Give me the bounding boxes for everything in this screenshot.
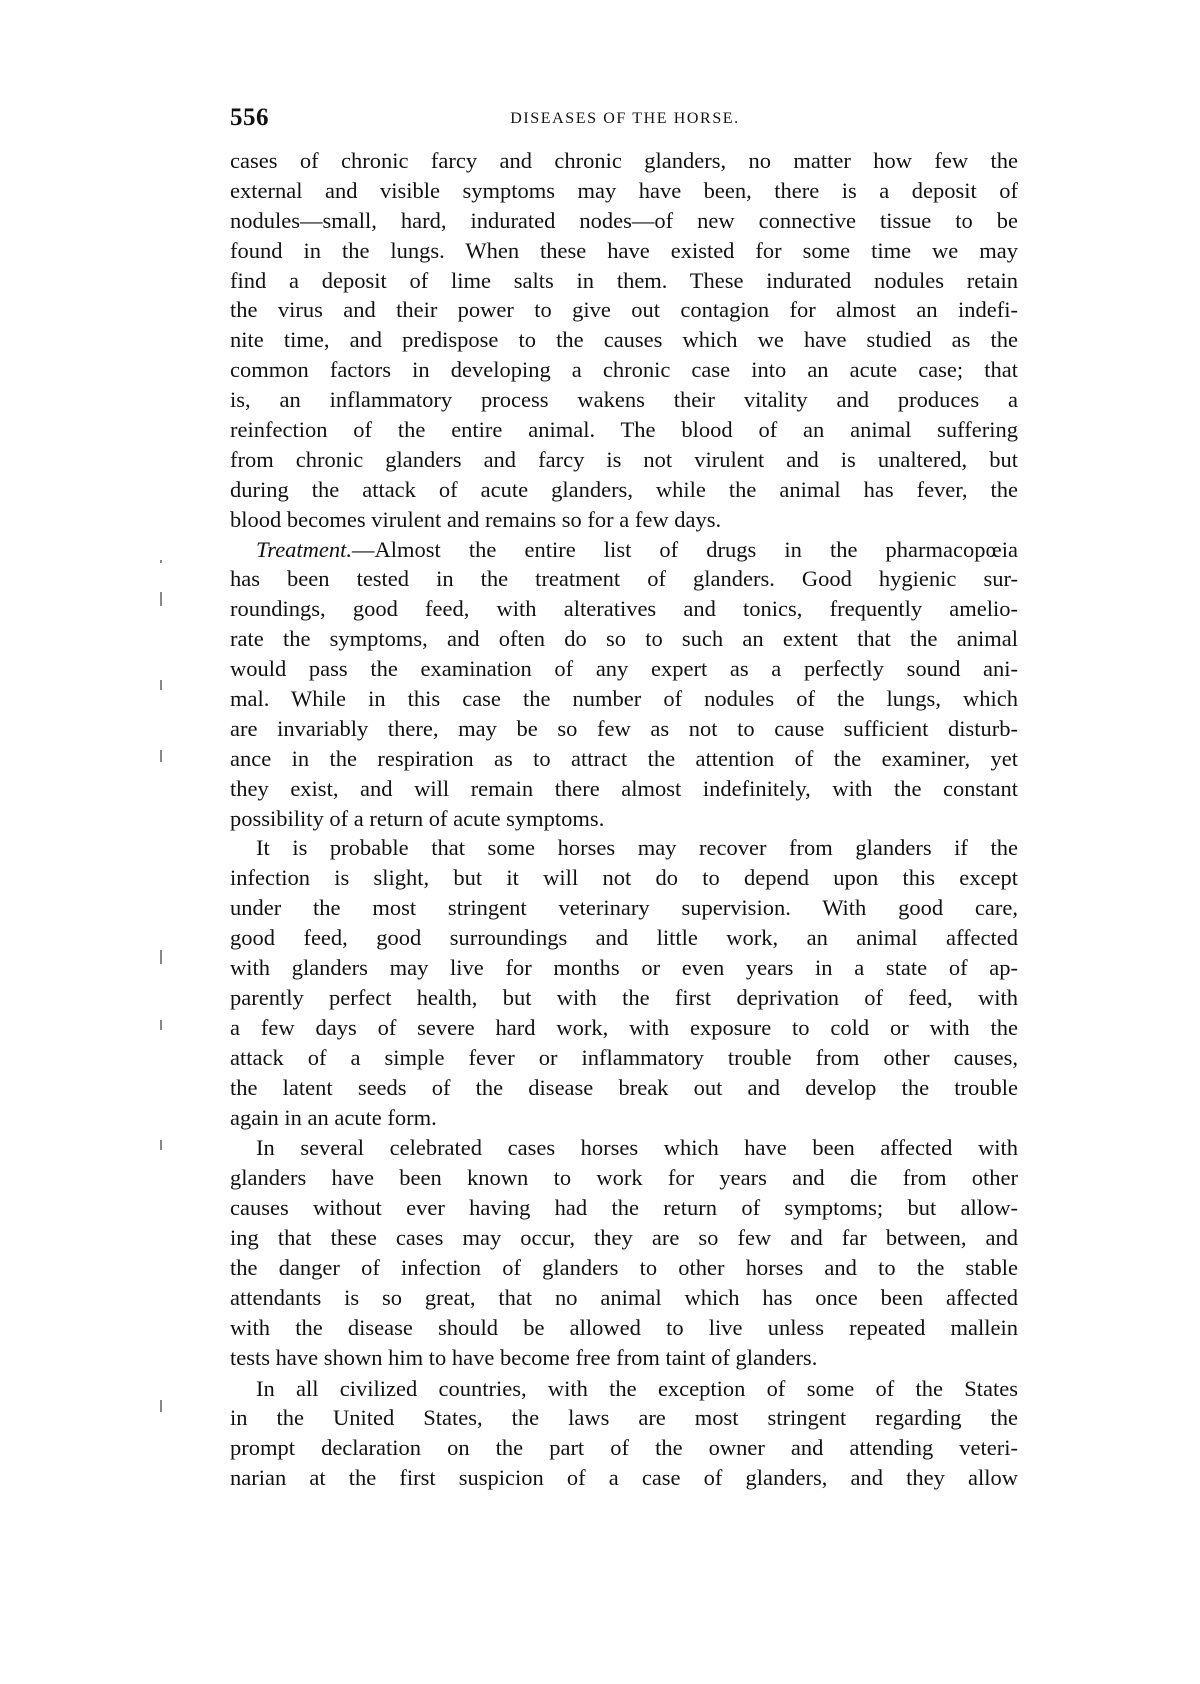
paragraph: In all civilized countries, with the exc… xyxy=(230,1374,1018,1494)
text-line: glanders have been known to work for yea… xyxy=(230,1163,1018,1193)
paragraph: In several celebrated cases horses which… xyxy=(230,1133,1018,1372)
text-line: a few days of severe hard work, with exp… xyxy=(230,1013,1018,1043)
scan-artifacts xyxy=(160,560,170,1560)
running-head-title: DISEASES OF THE HORSE. xyxy=(230,110,1020,128)
scan-speck xyxy=(160,1020,162,1030)
text-line: tests have shown him to have become free… xyxy=(230,1343,1018,1373)
text-line: during the attack of acute glanders, whi… xyxy=(230,475,1018,505)
text-line: again in an acute form. xyxy=(230,1103,1018,1133)
text-line: Treatment.—Almost the entire list of dru… xyxy=(230,535,1018,565)
text-line: prompt declaration on the part of the ow… xyxy=(230,1433,1018,1463)
scan-speck xyxy=(160,750,162,762)
text-line: blood becomes virulent and remains so fo… xyxy=(230,505,1018,535)
paragraph: It is probable that some horses may reco… xyxy=(230,833,1018,1132)
text-line: under the most stringent veterinary supe… xyxy=(230,893,1018,923)
scan-speck xyxy=(160,1400,162,1412)
scan-speck xyxy=(160,1140,162,1150)
text-line: possibility of a return of acute symptom… xyxy=(230,804,1018,834)
text-line: nodules—small, hard, indurated nodes—of … xyxy=(230,206,1018,236)
text-line: in the United States, the laws are most … xyxy=(230,1403,1018,1433)
text-line: the latent seeds of the disease break ou… xyxy=(230,1073,1018,1103)
paragraph: cases of chronic farcy and chronic gland… xyxy=(230,146,1018,535)
text-line: causes without ever having had the retur… xyxy=(230,1193,1018,1223)
text-line: reinfection of the entire animal. The bl… xyxy=(230,415,1018,445)
text-line: nite time, and predispose to the causes … xyxy=(230,325,1018,355)
text-line: attack of a simple fever or inflammatory… xyxy=(230,1043,1018,1073)
text-line-rest: —Almost the entire list of drugs in the … xyxy=(352,537,1018,562)
scan-speck xyxy=(160,592,162,606)
text-line: common factors in developing a chronic c… xyxy=(230,355,1018,385)
text-line: found in the lungs. When these have exis… xyxy=(230,236,1018,266)
body-text: cases of chronic farcy and chronic gland… xyxy=(230,146,1018,1493)
book-page: 556 DISEASES OF THE HORSE. cases of chro… xyxy=(0,0,1200,1684)
text-line: external and visible symptoms may have b… xyxy=(230,176,1018,206)
text-line: would pass the examination of any expert… xyxy=(230,654,1018,684)
text-line: ance in the respiration as to attract th… xyxy=(230,744,1018,774)
text-line: is, an inflammatory process wakens their… xyxy=(230,385,1018,415)
text-line: attendants is so great, that no animal w… xyxy=(230,1283,1018,1313)
text-line: mal. While in this case the number of no… xyxy=(230,684,1018,714)
text-line: find a deposit of lime salts in them. Th… xyxy=(230,266,1018,296)
text-line: are invariably there, may be so few as n… xyxy=(230,714,1018,744)
text-line: cases of chronic farcy and chronic gland… xyxy=(230,146,1018,176)
text-line: parently perfect health, but with the fi… xyxy=(230,983,1018,1013)
text-line: In several celebrated cases horses which… xyxy=(230,1133,1018,1163)
scan-speck xyxy=(160,560,162,563)
text-line: from chronic glanders and farcy is not v… xyxy=(230,445,1018,475)
text-line: roundings, good feed, with alteratives a… xyxy=(230,594,1018,624)
text-line: ing that these cases may occur, they are… xyxy=(230,1223,1018,1253)
section-lead-italic: Treatment. xyxy=(256,537,352,562)
text-line: the virus and their power to give out co… xyxy=(230,295,1018,325)
scan-speck xyxy=(160,680,162,690)
text-line: with the disease should be allowed to li… xyxy=(230,1313,1018,1343)
text-line: In all civilized countries, with the exc… xyxy=(230,1374,1018,1404)
scan-speck xyxy=(160,950,162,964)
text-line: It is probable that some horses may reco… xyxy=(230,833,1018,863)
running-head: 556 DISEASES OF THE HORSE. xyxy=(230,104,1020,134)
text-line: good feed, good surroundings and little … xyxy=(230,923,1018,953)
paragraph-treatment: Treatment.—Almost the entire list of dru… xyxy=(230,535,1018,834)
text-line: they exist, and will remain there almost… xyxy=(230,774,1018,804)
text-line: infection is slight, but it will not do … xyxy=(230,863,1018,893)
text-line: the danger of infection of glanders to o… xyxy=(230,1253,1018,1283)
text-line: narian at the first suspicion of a case … xyxy=(230,1463,1018,1493)
text-line: rate the symptoms, and often do so to su… xyxy=(230,624,1018,654)
text-line: has been tested in the treatment of glan… xyxy=(230,564,1018,594)
text-line: with glanders may live for months or eve… xyxy=(230,953,1018,983)
